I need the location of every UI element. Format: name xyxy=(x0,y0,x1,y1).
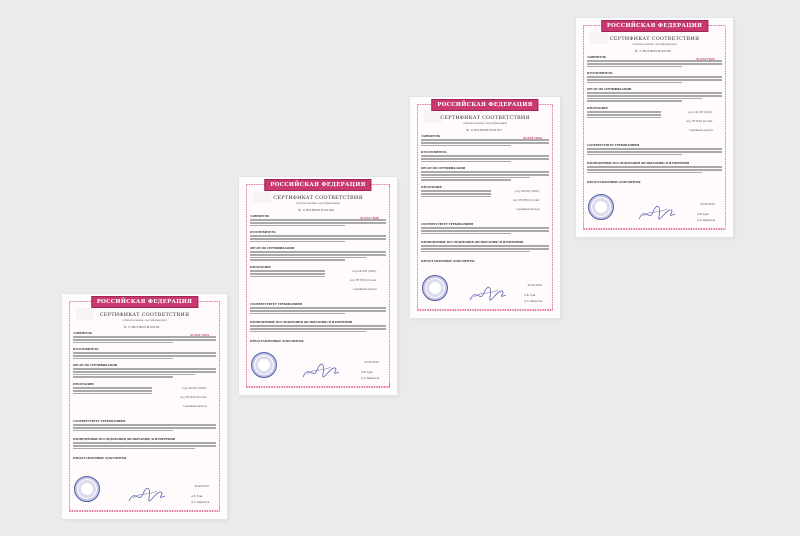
product-code-tnved: код ТН ВЭД России: xyxy=(513,199,540,202)
section-requirements: СООТВЕТСТВУЕТ ТРЕБОВАНИЯМ xyxy=(587,144,722,156)
section-applicant: ЗАЯВИТЕЛЬ xyxy=(587,56,722,68)
signature-icon xyxy=(301,362,341,380)
certificate-number: № С-RU.ПБ25.В.03106 xyxy=(124,325,160,329)
certificate-3[interactable]: СЕРТИФИКАТ СООТВЕТСТВИЯ (обязательная се… xyxy=(410,97,560,318)
product-code-tnved: код ТН ВЭД России: xyxy=(686,120,713,123)
section-documents: ПРЕДСТАВЛЕННЫЕ ДОКУМЕНТЫ xyxy=(421,260,549,263)
issue-date: 02.06.2016 xyxy=(365,361,379,364)
section-tests: ПРОВЕДЕННЫЕ ИССЛЕДОВАНИЯ (ИСПЫТАНИЯ) И И… xyxy=(73,438,216,450)
section-manufacturer: ИЗГОТОВИТЕЛЬ xyxy=(587,72,722,84)
certificate-number: № С-RU.ПБ25.В.03107 xyxy=(466,128,502,132)
certificate-subtitle: (обязательная сертификация) xyxy=(247,201,389,205)
certificate-body: СЕРТИФИКАТ СООТВЕТСТВИЯ (обязательная се… xyxy=(247,185,389,386)
country-banner: РОССИЙСКАЯ ФЕДЕРАЦИЯ xyxy=(91,296,198,308)
product-code-tnved: код ТН ВЭД России: xyxy=(180,396,207,399)
country-banner: РОССИЙСКАЯ ФЕДЕРАЦИЯ xyxy=(264,179,371,191)
country-banner: РОССИЙСКАЯ ФЕДЕРАЦИЯ xyxy=(431,99,538,111)
certificate-4[interactable]: СЕРТИФИКАТ СООТВЕТСТВИЯ (обязательная се… xyxy=(576,18,733,237)
serial-production: Серийный выпуск xyxy=(516,208,540,211)
section-applicant: ЗАЯВИТЕЛЬ xyxy=(421,135,549,147)
issue-date: 02.06.2016 xyxy=(528,284,542,287)
issue-date: 02.06.2016 xyxy=(701,203,715,206)
section-tests: ПРОВЕДЕННЫЕ ИССЛЕДОВАНИЯ (ИСПЫТАНИЯ) И И… xyxy=(587,162,722,174)
issue-date: 02.06.2016 xyxy=(195,485,209,488)
product-code-okp: код ОК 005 (ОКП): xyxy=(352,270,377,273)
signers: А.В. ЗуевД.А. Кириллов xyxy=(361,370,379,382)
signers: А.В. ЗуевД.А. Кириллов xyxy=(524,293,542,305)
serial-production: Серийный выпуск xyxy=(689,129,713,132)
section-tests: ПРОВЕДЕННЫЕ ИССЛЕДОВАНИЯ (ИСПЫТАНИЯ) И И… xyxy=(421,241,549,253)
section-certification-body: ОРГАН ПО СЕРТИФИКАЦИИ xyxy=(587,88,722,103)
product-code-tnved: код ТН ВЭД России: xyxy=(350,279,377,282)
section-documents: ПРЕДСТАВЛЕННЫЕ ДОКУМЕНТЫ xyxy=(73,457,216,460)
official-seal-icon xyxy=(74,476,100,502)
section-requirements: СООТВЕТСТВУЕТ ТРЕБОВАНИЯМ xyxy=(250,303,386,315)
official-seal-icon xyxy=(588,194,614,220)
product-code-okp: код ОК 005 (ОКП): xyxy=(182,387,207,390)
certificate-subtitle: (обязательная сертификация) xyxy=(418,121,552,125)
certificate-body: СЕРТИФИКАТ СООТВЕТСТВИЯ (обязательная се… xyxy=(584,26,725,228)
country-banner: РОССИЙСКАЯ ФЕДЕРАЦИЯ xyxy=(601,20,708,32)
section-certification-body: ОРГАН ПО СЕРТИФИКАЦИИ xyxy=(73,364,216,379)
section-certification-body: ОРГАН ПО СЕРТИФИКАЦИИ xyxy=(250,247,386,262)
certificate-2[interactable]: СЕРТИФИКАТ СООТВЕТСТВИЯ (обязательная се… xyxy=(239,177,397,395)
product-code-okp: код ОК 005 (ОКП): xyxy=(515,190,540,193)
section-applicant: ЗАЯВИТЕЛЬ xyxy=(73,332,216,344)
product-code-okp: код ОК 005 (ОКП): xyxy=(688,111,713,114)
certificate-number: № С-RU.ПБ25.В.03108 xyxy=(635,49,671,53)
official-seal-icon xyxy=(251,352,277,378)
signers: А.В. ЗуевД.А. Кириллов xyxy=(697,212,715,224)
section-tests: ПРОВЕДЕННЫЕ ИССЛЕДОВАНИЯ (ИСПЫТАНИЯ) И И… xyxy=(250,321,386,333)
serial-production: Серийный выпуск xyxy=(183,405,207,408)
section-requirements: СООТВЕТСТВУЕТ ТРЕБОВАНИЯМ xyxy=(421,223,549,235)
section-documents: ПРЕДСТАВЛЕННЫЕ ДОКУМЕНТЫ xyxy=(250,340,386,343)
section-manufacturer: ИЗГОТОВИТЕЛЬ xyxy=(421,151,549,163)
section-requirements: СООТВЕТСТВУЕТ ТРЕБОВАНИЯМ xyxy=(73,420,216,432)
section-manufacturer: ИЗГОТОВИТЕЛЬ xyxy=(250,231,386,243)
section-documents: ПРЕДСТАВЛЕННЫЕ ДОКУМЕНТЫ xyxy=(587,181,722,184)
serial-production: Серийный выпуск xyxy=(353,288,377,291)
certificate-subtitle: (обязательная сертификация) xyxy=(70,318,219,322)
certificate-body: СЕРТИФИКАТ СООТВЕТСТВИЯ (обязательная се… xyxy=(418,105,552,309)
certificate-body: СЕРТИФИКАТ СООТВЕТСТВИЯ (обязательная се… xyxy=(70,302,219,510)
signature-icon xyxy=(468,285,508,303)
section-certification-body: ОРГАН ПО СЕРТИФИКАЦИИ xyxy=(421,167,549,182)
signers: А.В. ЗуевД.А. Кириллов xyxy=(191,494,209,506)
section-manufacturer: ИЗГОТОВИТЕЛЬ xyxy=(73,348,216,360)
certificate-1[interactable]: СЕРТИФИКАТ СООТВЕТСТВИЯ (обязательная се… xyxy=(62,294,227,519)
certificate-subtitle: (обязательная сертификация) xyxy=(584,42,725,46)
signature-icon xyxy=(637,204,677,222)
section-applicant: ЗАЯВИТЕЛЬ xyxy=(250,215,386,227)
signature-icon xyxy=(127,486,167,504)
official-seal-icon xyxy=(422,275,448,301)
certificate-number: № С-RU.ПБ25.В.03109 xyxy=(298,208,334,212)
